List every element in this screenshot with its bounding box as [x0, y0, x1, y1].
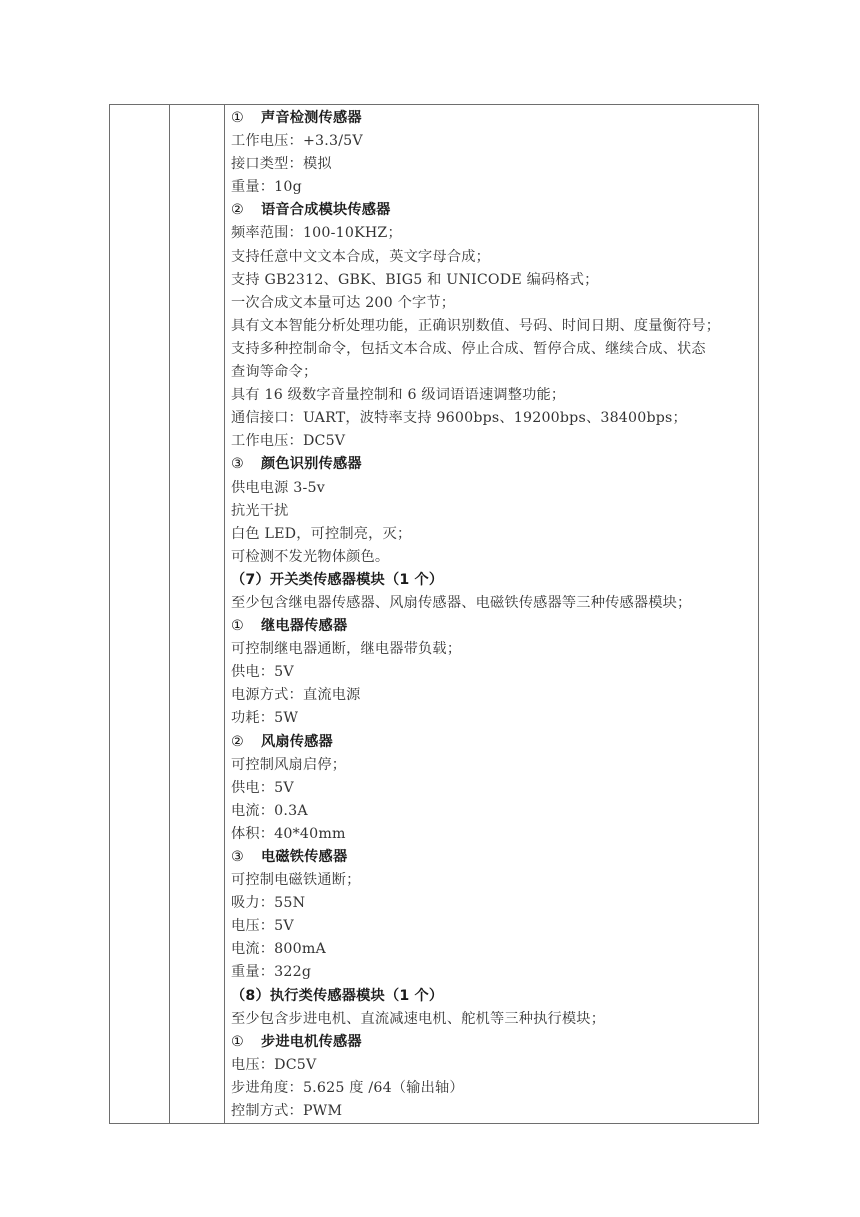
sensor-heading: ②语音合成模块传感器 [231, 199, 754, 222]
spec-line: 至少包含步进电机、直流减速电机、舵机等三种执行模块； [231, 1008, 754, 1031]
spec-line: 通信接口：UART，波特率支持 9600bps、19200bps、38400bp… [231, 407, 754, 430]
spec-line: 电压：5V [231, 915, 754, 938]
spec-line: 工作电压：DC5V [231, 430, 754, 453]
circled-number: ① [231, 107, 261, 130]
spec-line: 一次合成文本量可达 200 个字节； [231, 292, 754, 315]
sensor-heading: ③颜色识别传感器 [231, 453, 754, 476]
circled-number: ③ [231, 846, 261, 869]
spec-line: 重量：322g [231, 961, 754, 984]
section-heading: （8）执行类传感器模块（1 个） [231, 985, 754, 1008]
circled-number: ③ [231, 453, 261, 476]
spec-line: 可控制继电器通断，继电器带负载； [231, 638, 754, 661]
spec-line: 支持任意中文文本合成，英文字母合成； [231, 246, 754, 269]
spec-line: 功耗：5W [231, 707, 754, 730]
spec-line: 电流：0.3A [231, 800, 754, 823]
spec-line: 控制方式：PWM [231, 1100, 754, 1123]
spec-line: 吸力：55N [231, 892, 754, 915]
sensor-heading-text: 风扇传感器 [261, 734, 333, 750]
spec-table: ①声音检测传感器工作电压：+3.3/5V接口类型：模拟重量：10g②语音合成模块… [109, 104, 759, 1124]
spec-line: 电压：DC5V [231, 1054, 754, 1077]
spec-line: 电源方式：直流电源 [231, 684, 754, 707]
table-row: ①声音检测传感器工作电压：+3.3/5V接口类型：模拟重量：10g②语音合成模块… [110, 105, 759, 1124]
sensor-heading-text: 步进电机传感器 [261, 1034, 362, 1050]
spec-line: 接口类型：模拟 [231, 153, 754, 176]
sensor-heading-text: 电磁铁传感器 [261, 849, 347, 865]
spec-line: 可控制风扇启停； [231, 754, 754, 777]
spec-line: 支持多种控制命令，包括文本合成、停止合成、暂停合成、继续合成、状态 [231, 338, 754, 361]
circled-number: ② [231, 199, 261, 222]
sensor-heading-text: 语音合成模块传感器 [261, 202, 391, 218]
sensor-heading: ①步进电机传感器 [231, 1031, 754, 1054]
sensor-heading: ③电磁铁传感器 [231, 846, 754, 869]
spec-line: 重量：10g [231, 176, 754, 199]
spec-line: 供电电源 3-5v [231, 477, 754, 500]
circled-number: ① [231, 615, 261, 638]
spec-line: 工作电压：+3.3/5V [231, 130, 754, 153]
spec-line: 体积：40*40mm [231, 823, 754, 846]
spec-line: 步进角度：5.625 度 /64（输出轴） [231, 1077, 754, 1100]
spec-line: 供电：5V [231, 661, 754, 684]
spec-line: 查询等命令； [231, 361, 754, 384]
sensor-heading-text: 声音检测传感器 [261, 110, 362, 126]
spec-line: 支持 GB2312、GBK、BIG5 和 UNICODE 编码格式； [231, 269, 754, 292]
spec-content: ①声音检测传感器工作电压：+3.3/5V接口类型：模拟重量：10g②语音合成模块… [225, 105, 758, 1123]
spec-line: 白色 LED，可控制亮，灭； [231, 523, 754, 546]
spec-cell: ①声音检测传感器工作电压：+3.3/5V接口类型：模拟重量：10g②语音合成模块… [225, 105, 759, 1124]
circled-number: ① [231, 1031, 261, 1054]
sensor-heading: ①声音检测传感器 [231, 107, 754, 130]
sensor-heading: ①继电器传感器 [231, 615, 754, 638]
sensor-heading-text: 颜色识别传感器 [261, 456, 362, 472]
section-heading: （7）开关类传感器模块（1 个） [231, 569, 754, 592]
spec-line: 具有文本智能分析处理功能，正确识别数值、号码、时间日期、度量衡符号； [231, 315, 754, 338]
spec-line: 频率范围：100-10KHZ； [231, 222, 754, 245]
spec-line: 可检测不发光物体颜色。 [231, 546, 754, 569]
spec-line: 至少包含继电器传感器、风扇传感器、电磁铁传感器等三种传感器模块； [231, 592, 754, 615]
circled-number: ② [231, 731, 261, 754]
spec-line: 供电：5V [231, 777, 754, 800]
spec-line: 电流：800mA [231, 938, 754, 961]
sensor-heading-text: 继电器传感器 [261, 618, 347, 634]
name-cell [170, 105, 225, 1124]
spec-line: 具有 16 级数字音量控制和 6 级词语语速调整功能； [231, 384, 754, 407]
spec-line: 抗光干扰 [231, 500, 754, 523]
spec-line: 可控制电磁铁通断； [231, 869, 754, 892]
sensor-heading: ②风扇传感器 [231, 731, 754, 754]
index-cell [110, 105, 170, 1124]
